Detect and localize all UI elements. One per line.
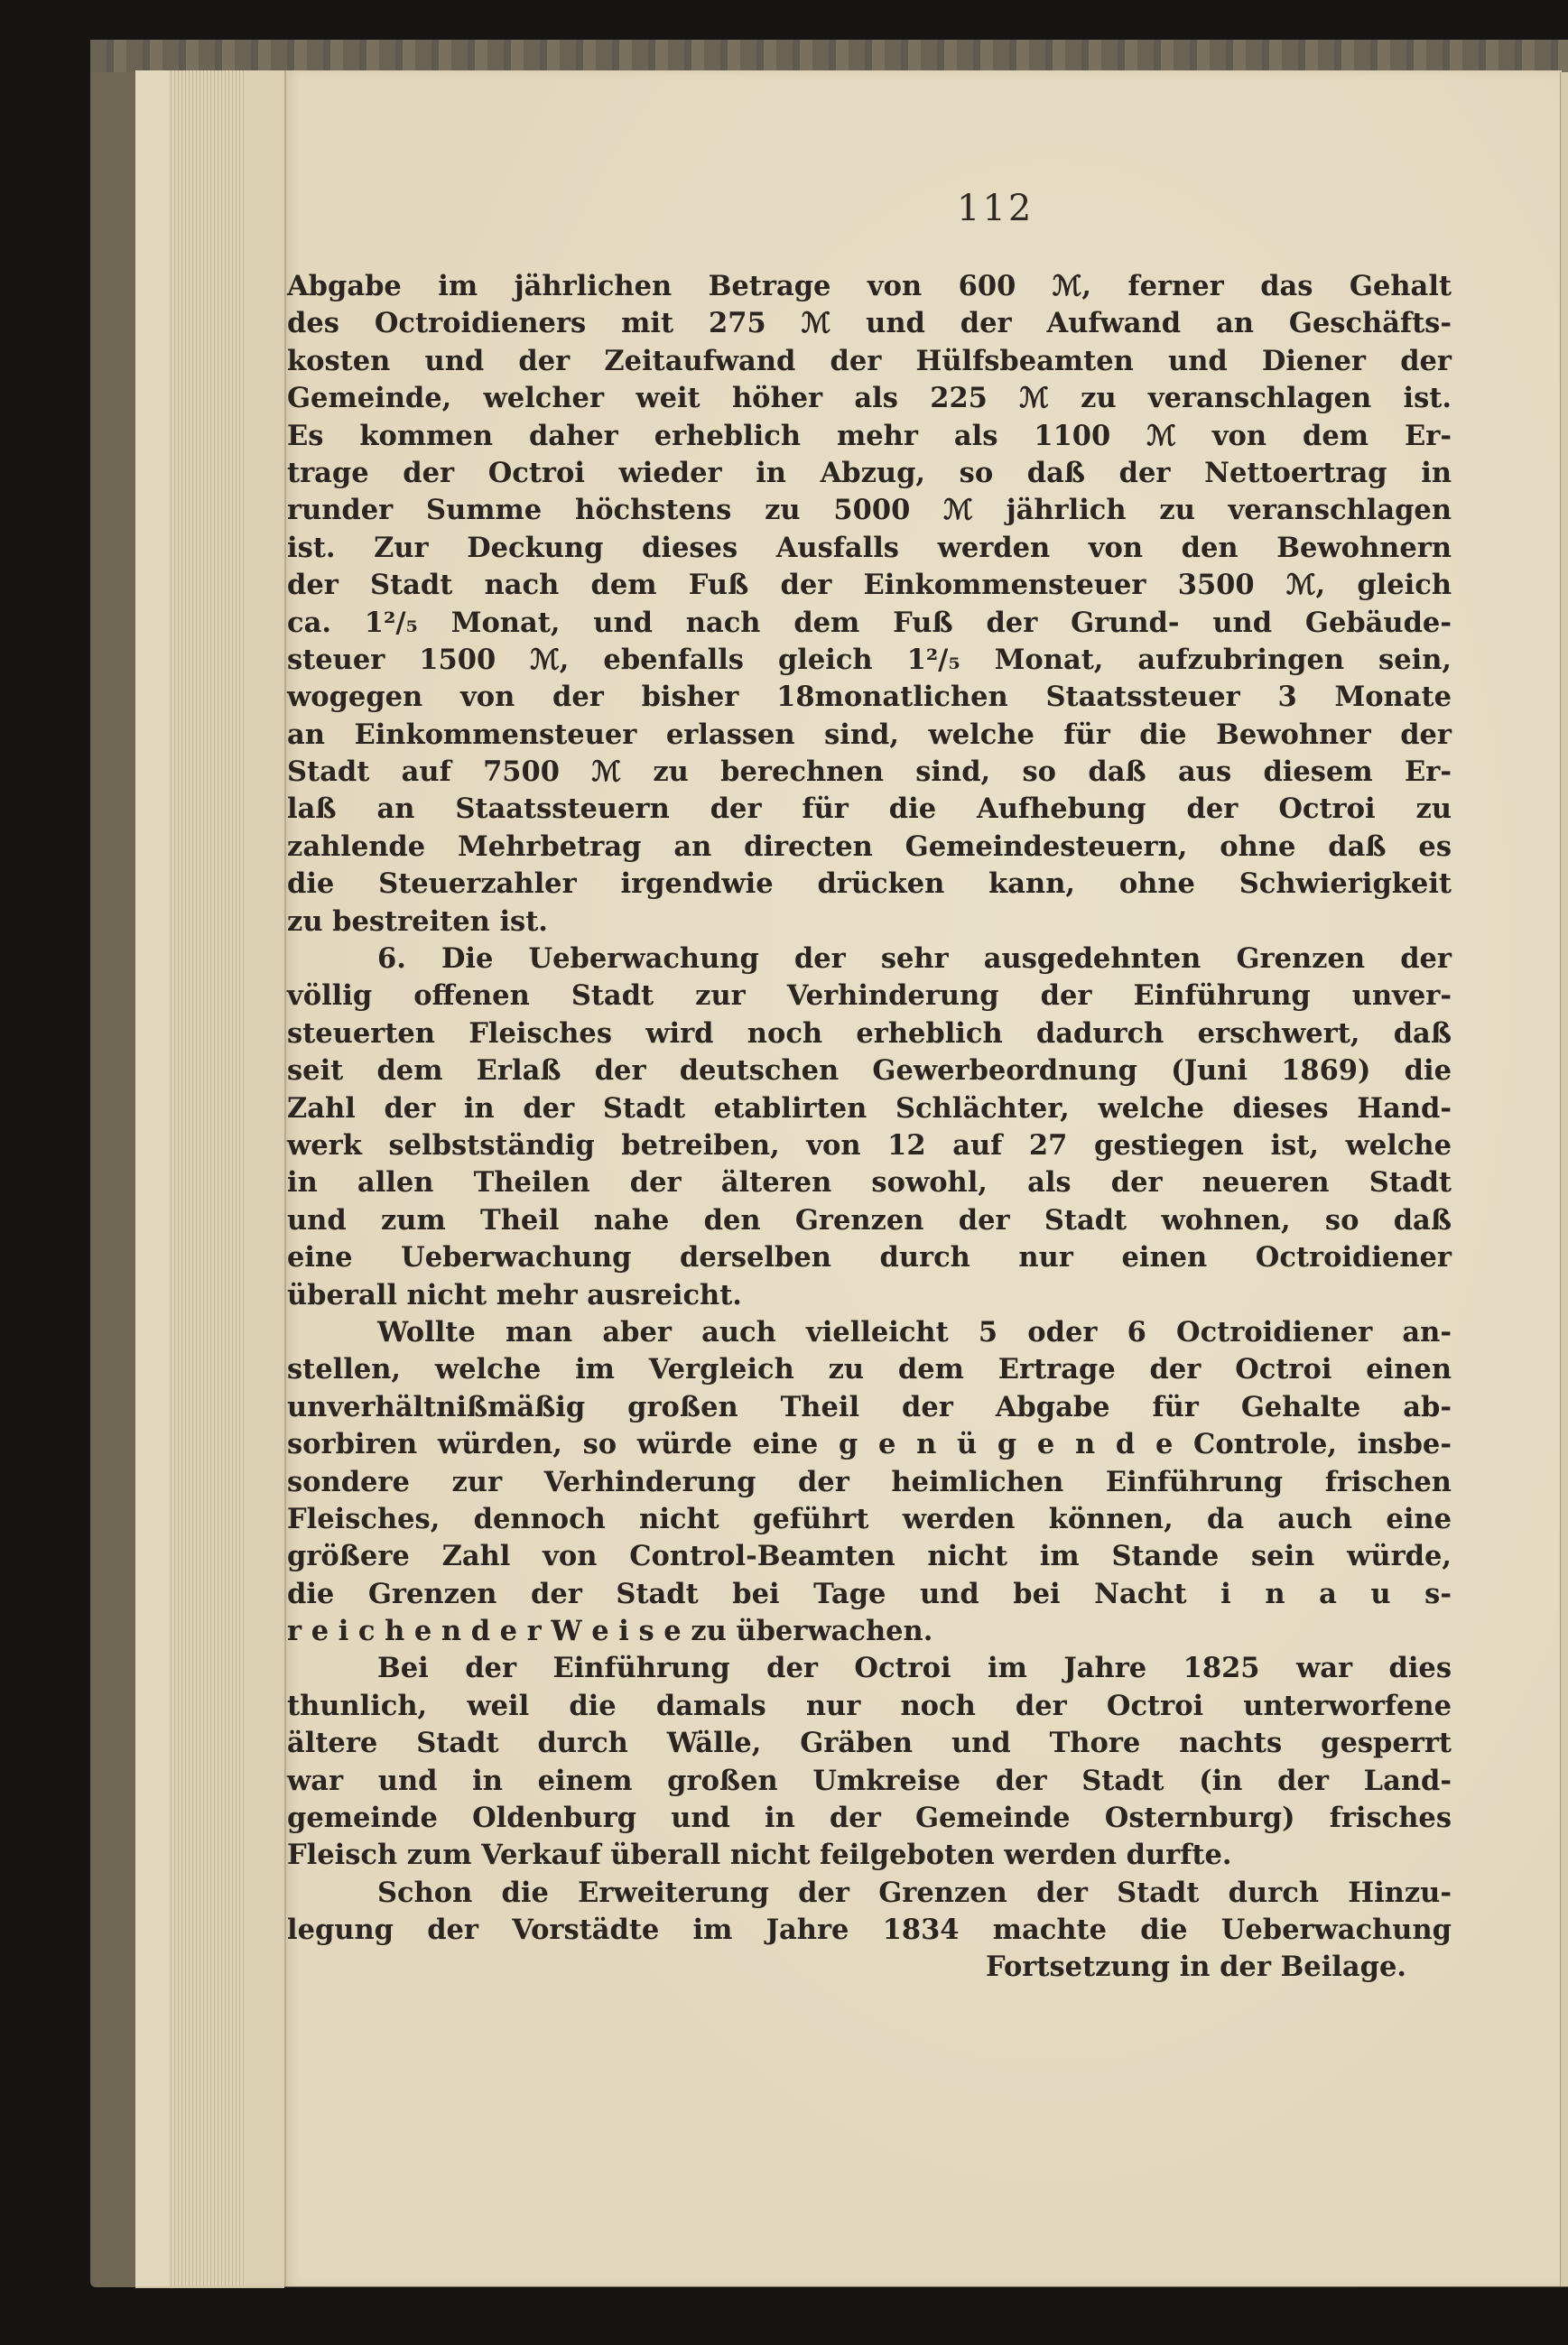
text-line: eine Ueberwachung derselben durch nur ei… [287, 1239, 1452, 1276]
book-cover-top-edge [90, 40, 1568, 72]
page-stack-inner [244, 70, 284, 2286]
text-line: zahlende Mehrbetrag an directen Gemeinde… [287, 829, 1452, 866]
text-line: unverhältnißmäßig großen Theil der Abgab… [287, 1389, 1452, 1426]
text-line: seit dem Erlaß der deutschen Gewerbeordn… [287, 1052, 1452, 1089]
continuation-block: Fortsetzung in der Beilage. [287, 1949, 1452, 1986]
text-line: an Einkommensteuer erlassen sind, welche… [287, 717, 1452, 754]
text-line: zu bestreiten ist. [287, 904, 1452, 941]
text-line: sondere zur Verhinderung der heimlichen … [287, 1464, 1452, 1501]
text-line: werk selbstständig betreiben, von 12 auf… [287, 1127, 1452, 1164]
page-number: 112 [957, 188, 1029, 229]
text-line: die Steuerzahler irgendwie drücken kann,… [287, 866, 1452, 903]
gutter-edge [1560, 72, 1568, 2286]
text-line: Wollte man aber auch vielleicht 5 oder 6… [287, 1314, 1452, 1351]
text-line: Zahl der in der Stadt etablirten Schläch… [287, 1090, 1452, 1127]
text-line: legung der Vorstädte im Jahre 1834 macht… [287, 1912, 1452, 1949]
text-line: gemeinde Oldenburg und in der Gemeinde O… [287, 1800, 1452, 1837]
text-line: steuerten Fleisches wird noch erheblich … [287, 1015, 1452, 1052]
text-line: kosten und der Zeitaufwand der Hülfsbeam… [287, 343, 1452, 380]
text-line: war und in einem großen Umkreise der Sta… [287, 1763, 1452, 1800]
text-line: in allen Theilen der älteren sowohl, als… [287, 1164, 1452, 1201]
text-line: Stadt auf 7500 ℳ zu berechnen sind, so d… [287, 754, 1452, 791]
text-line: Fleisch zum Verkauf überall nicht feilge… [287, 1837, 1452, 1874]
continuation-note: Fortsetzung in der Beilage. [287, 1949, 1452, 1986]
text-line: überall nicht mehr ausreicht. [287, 1277, 1452, 1314]
text-line: ca. 1²/₅ Monat, und nach dem Fuß der Gru… [287, 605, 1452, 642]
text-line: wogegen von der bisher 18monatlichen Sta… [287, 679, 1452, 716]
text-line: Schon die Erweiterung der Grenzen der St… [287, 1875, 1452, 1912]
text-line: ist. Zur Deckung dieses Ausfalls werden … [287, 530, 1452, 567]
text-line: und zum Theil nahe den Grenzen der Stadt… [287, 1202, 1452, 1239]
text-line: der Stadt nach dem Fuß der Einkommensteu… [287, 567, 1452, 604]
text-line: des Octroidieners mit 275 ℳ und der Aufw… [287, 305, 1452, 342]
text-line: Gemeinde, welcher weit höher als 225 ℳ z… [287, 380, 1452, 417]
text-line: Bei der Einführung der Octroi im Jahre 1… [287, 1650, 1452, 1687]
text-line: steuer 1500 ℳ, ebenfalls gleich 1²/₅ Mon… [287, 642, 1452, 679]
body-text: Abgabe im jährlichen Betrage von 600 ℳ, … [287, 268, 1452, 1950]
text-line: trage der Octroi wieder in Abzug, so daß… [287, 455, 1452, 492]
page-stack-outer [135, 70, 169, 2286]
text-line: laß an Staatssteuern der für die Aufhebu… [287, 791, 1452, 828]
text-line: 6. Die Ueberwachung der sehr ausgedehnte… [287, 941, 1452, 978]
text-line: thunlich, weil die damals nur noch der O… [287, 1688, 1452, 1725]
text-line: Abgabe im jährlichen Betrage von 600 ℳ, … [287, 268, 1452, 305]
text-line: die Grenzen der Stadt bei Tage und bei N… [287, 1576, 1452, 1613]
text-line: Es kommen daher erheblich mehr als 1100 … [287, 418, 1452, 455]
text-line: größere Zahl von Control-Beamten nicht i… [287, 1538, 1452, 1575]
text-line: runder Summe höchstens zu 5000 ℳ jährlic… [287, 492, 1452, 529]
text-line: Fleisches, dennoch nicht geführt werden … [287, 1501, 1452, 1538]
text-line: sorbiren würden, so würde eine g e n ü g… [287, 1426, 1452, 1463]
text-line: r e i c h e n d e r W e i s e zu überwac… [287, 1613, 1452, 1650]
text-line: völlig offenen Stadt zur Verhinderung de… [287, 978, 1452, 1015]
text-line: stellen, welche im Vergleich zu dem Ertr… [287, 1351, 1452, 1388]
text-line: ältere Stadt durch Wälle, Gräben und Tho… [287, 1725, 1452, 1762]
page-stack-edges [135, 70, 284, 2288]
